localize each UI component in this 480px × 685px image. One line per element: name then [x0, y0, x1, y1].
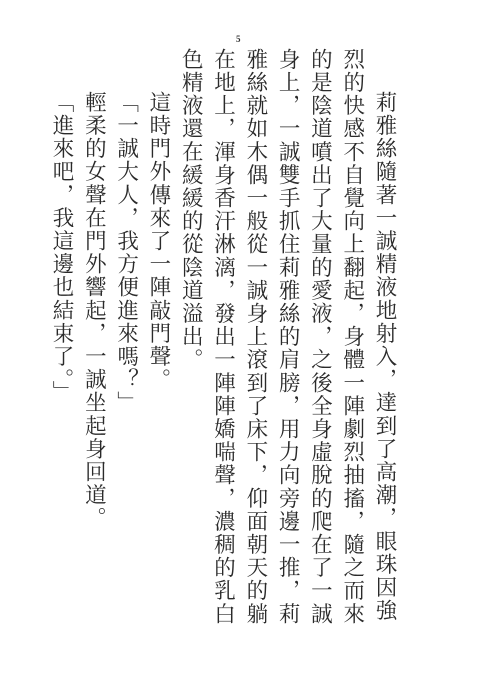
vertical-text-body: 莉雅絲隨著一誠精液地射入，達到了高潮，眼珠因強烈的快感不自覺向上翻起，身體一陣劇…	[45, 48, 400, 638]
paragraph-voice-outside: 輕柔的女聲在門外響起，一誠坐起身回道。	[77, 48, 109, 638]
document-page: 5 莉雅絲隨著一誠精液地射入，達到了高潮，眼珠因強烈的快感不自覺向上翻起，身體一…	[0, 0, 480, 685]
paragraph-climax-scene: 莉雅絲隨著一誠精液地射入，達到了高潮，眼珠因強烈的快感不自覺向上翻起，身體一陣劇…	[174, 48, 400, 638]
dialogue-request-entry: 「一誠大人，我方便進來嗎？」	[109, 48, 141, 638]
paragraph-knock: 這時門外傳來了一陣敲門聲。	[142, 48, 174, 638]
page-number: 5	[236, 34, 241, 44]
dialogue-reply: 「進來吧，我這邊也結束了。」	[45, 48, 77, 638]
